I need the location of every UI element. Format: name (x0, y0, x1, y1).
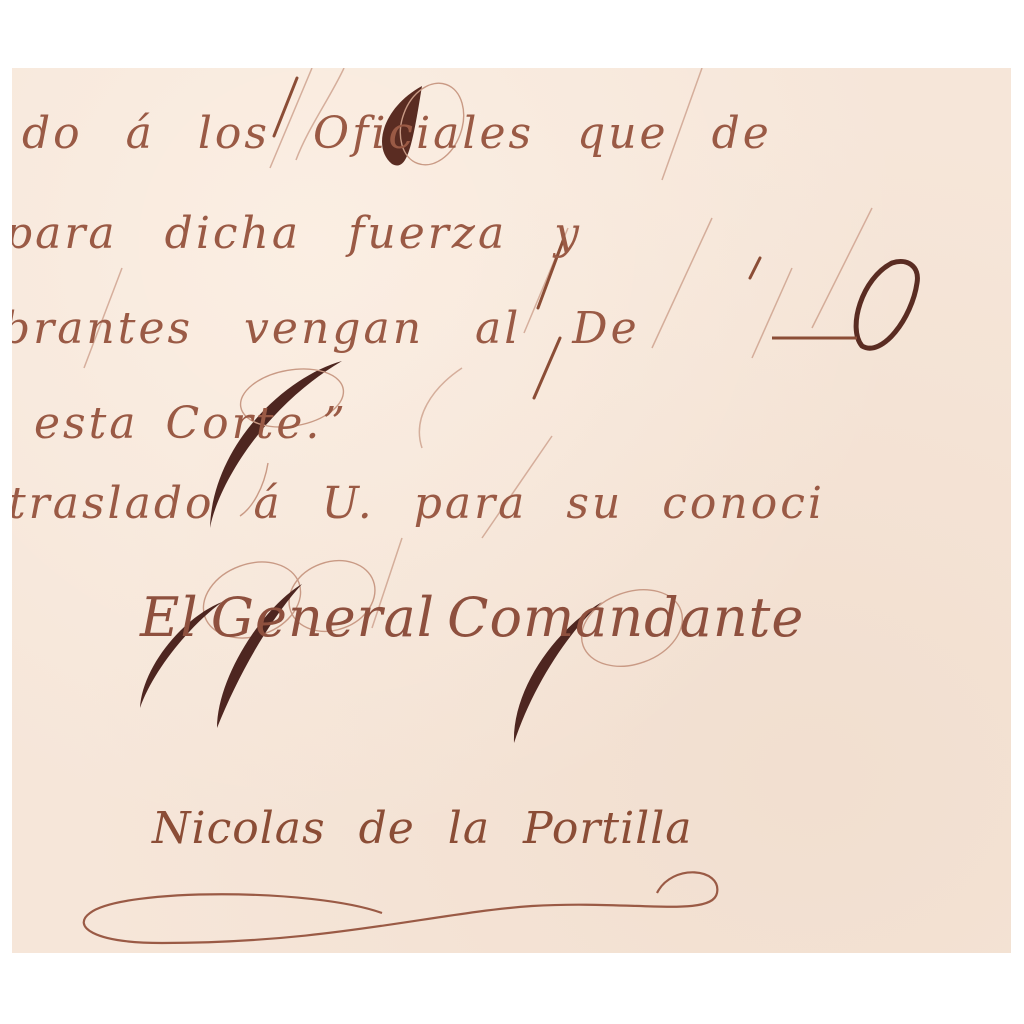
text-line-3: brantes vengan al De (12, 303, 640, 354)
text-line-4: esta Corte.” (34, 398, 348, 449)
document-page: do á los Oficiales que de para dicha fue… (12, 68, 1011, 953)
closing-title: El General Comandante (140, 586, 804, 649)
text-line-2: para dicha fuerza y (12, 208, 582, 259)
text-line-5: traslado á U. para su conoci (12, 478, 825, 529)
text-line-1: do á los Oficiales que de (22, 108, 772, 159)
signature: Nicolas de la Portilla (152, 803, 693, 854)
